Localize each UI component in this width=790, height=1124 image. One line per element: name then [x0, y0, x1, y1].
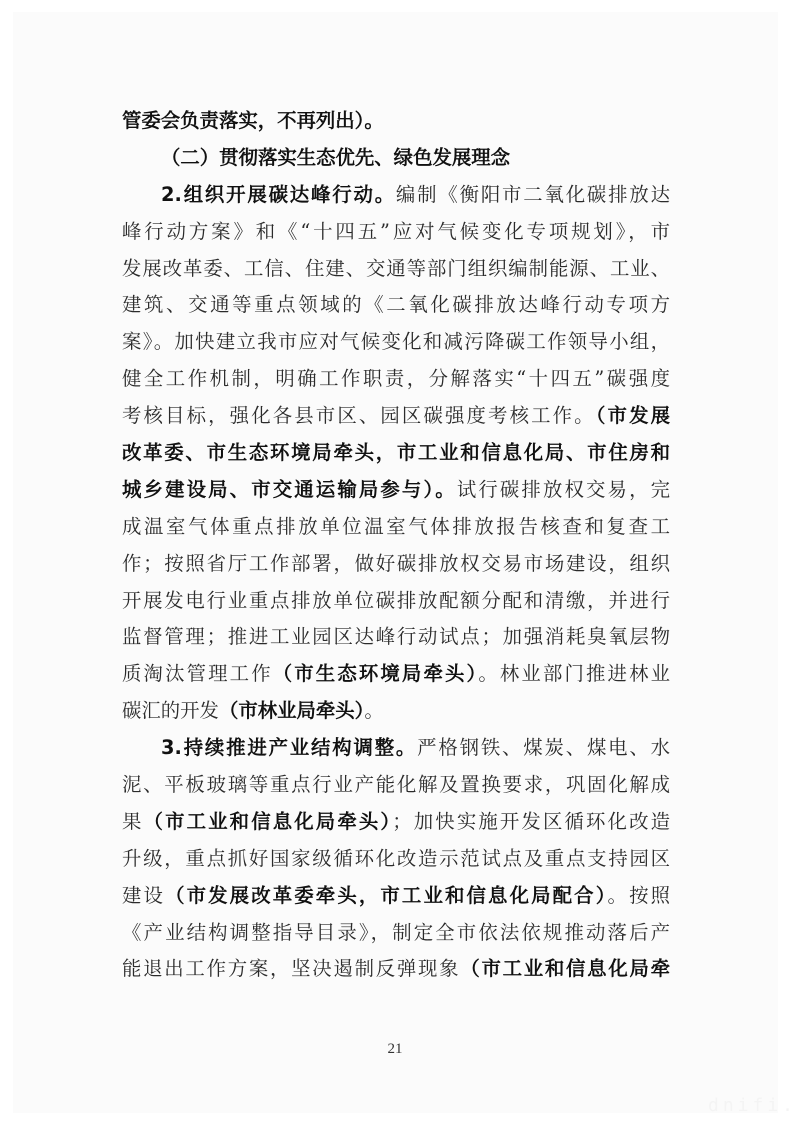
text-line: 监督管理；推进工业园区达峰行动试点；加强消耗臭氧层物 [122, 619, 670, 656]
text-span: 。林业部门推进林业 [478, 662, 670, 685]
section-heading: （二）贯彻落实生态优先、绿色发展理念 [122, 140, 670, 177]
text-line: 发展改革委、工信、住建、交通等部门组织编制能源、工业、 [122, 251, 670, 288]
text-line: 峰行动方案》和《“十四五”应对气候变化专项规划》，市 [122, 214, 670, 251]
text-line: 果（市工业和信息化局牵头）；加快实施开发区循环化改造 [122, 804, 670, 841]
bold-text-span: （二）贯彻落实生态优先、绿色发展理念 [161, 146, 510, 169]
text-line: 碳汇的开发（市林业局牵头）。 [122, 693, 670, 730]
text-span: 果 [122, 810, 144, 833]
text-line: 3.持续推进产业结构调整。严格钢铁、煤炭、煤电、水 [122, 730, 670, 767]
text-span: 《产业结构调整指导目录》，制定全市依法依规推动落后产 [122, 921, 670, 944]
text-span: 峰行动方案》和《“十四五”应对气候变化专项规划》，市 [122, 220, 670, 243]
text-span: 。按照 [608, 884, 670, 907]
text-span: 案》。加快建立我市应对气候变化和减污降碳工作领导小组， [122, 330, 670, 353]
text-line: 能退出工作方案，坚决遏制反弹现象（市工业和信息化局牵 [122, 951, 670, 988]
text-span: 碳汇的开发 [122, 699, 219, 722]
text-span: 成温室气体重点排放单位温室气体排放报告核查和复查工 [122, 515, 670, 538]
text-line: 建筑、交通等重点领域的《二氧化碳排放达峰行动专项方 [122, 287, 670, 324]
bold-text-span: 管委会负责落实，不再列出）。 [122, 109, 384, 132]
text-span: 能退出工作方案，坚决遏制反弹现象 [122, 957, 460, 980]
bold-text-span: （市发展 [596, 404, 670, 427]
bold-text-span: （市发展改革委牵头，市工业和信息化局配合） [165, 884, 607, 907]
text-line: 成温室气体重点排放单位温室气体排放报告核查和复查工 [122, 509, 670, 546]
text-span: 健全工作机制，明确工作职责，分解落实“十四五”碳强度 [122, 367, 670, 390]
bold-text-span: （市工业和信息化局牵 [460, 957, 670, 980]
text-line: 案》。加快建立我市应对气候变化和减污降碳工作领导小组， [122, 324, 670, 361]
text-line: 泥、平板玻璃等重点行业产能化解及置换要求，巩固化解成 [122, 767, 670, 804]
text-span: 编制《衡阳市二氧化碳排放达 [396, 183, 670, 206]
text-span: 质淘汰管理工作 [122, 662, 273, 685]
text-line: 作；按照省厅工作部署，做好碳排放权交易市场建设，组织 [122, 546, 670, 583]
text-line: 《产业结构调整指导目录》，制定全市依法依规推动落后产 [122, 915, 670, 952]
document-body: 管委会负责落实，不再列出）。（二）贯彻落实生态优先、绿色发展理念2.组织开展碳达… [122, 103, 670, 988]
bold-text-span: （市生态环境局牵头） [273, 662, 479, 685]
text-span: 建筑、交通等重点领域的《二氧化碳排放达峰行动专项方 [122, 293, 670, 316]
text-span: 开展发电行业重点排放单位碳排放配额分配和清缴，并进行 [122, 589, 670, 612]
text-line: 开展发电行业重点排放单位碳排放配额分配和清缴，并进行 [122, 583, 670, 620]
bold-text-span: 城乡建设局、市交通运输局参与）。 [122, 478, 457, 501]
text-span: ；加快实施开发区循环化改造 [392, 810, 670, 833]
watermark: dnifi.co [708, 1095, 790, 1116]
text-span: 监督管理；推进工业园区达峰行动试点；加强消耗臭氧层物 [122, 625, 670, 648]
page-number: 21 [0, 1041, 790, 1058]
text-span: 建设 [122, 884, 165, 907]
text-span: 考核目标，强化各县市区、园区碳强度考核工作。 [122, 404, 596, 427]
bold-text-span: 2.组织开展碳达峰行动。 [161, 183, 396, 206]
bold-text-span: （市林业局牵头） [219, 699, 364, 722]
text-line: 管委会负责落实，不再列出）。 [122, 103, 670, 140]
text-line: 质淘汰管理工作（市生态环境局牵头）。林业部门推进林业 [122, 656, 670, 693]
bold-text-span: 3.持续推进产业结构调整。 [161, 736, 417, 759]
bold-text-span: （市工业和信息化局牵头） [144, 810, 393, 833]
text-span: 试行碳排放权交易，完 [457, 478, 670, 501]
bold-text-span: 改革委、市生态环境局牵头，市工业和信息化局、市住房和 [122, 441, 670, 464]
text-line: 改革委、市生态环境局牵头，市工业和信息化局、市住房和 [122, 435, 670, 472]
text-span: 作；按照省厅工作部署，做好碳排放权交易市场建设，组织 [122, 552, 670, 575]
text-span: 升级，重点抓好国家级循环化改造示范试点及重点支持园区 [122, 847, 670, 870]
text-span: 泥、平板玻璃等重点行业产能化解及置换要求，巩固化解成 [122, 773, 670, 796]
text-span: 严格钢铁、煤炭、煤电、水 [417, 736, 670, 759]
text-line: 健全工作机制，明确工作职责，分解落实“十四五”碳强度 [122, 361, 670, 398]
text-span: 发展改革委、工信、住建、交通等部门组织编制能源、工业、 [122, 257, 670, 280]
text-line: 考核目标，强化各县市区、园区碳强度考核工作。（市发展 [122, 398, 670, 435]
text-line: 升级，重点抓好国家级循环化改造示范试点及重点支持园区 [122, 841, 670, 878]
text-span: 。 [364, 699, 383, 722]
text-line: 建设（市发展改革委牵头，市工业和信息化局配合）。按照 [122, 878, 670, 915]
text-line: 城乡建设局、市交通运输局参与）。试行碳排放权交易，完 [122, 472, 670, 509]
text-line: 2.组织开展碳达峰行动。编制《衡阳市二氧化碳排放达 [122, 177, 670, 214]
